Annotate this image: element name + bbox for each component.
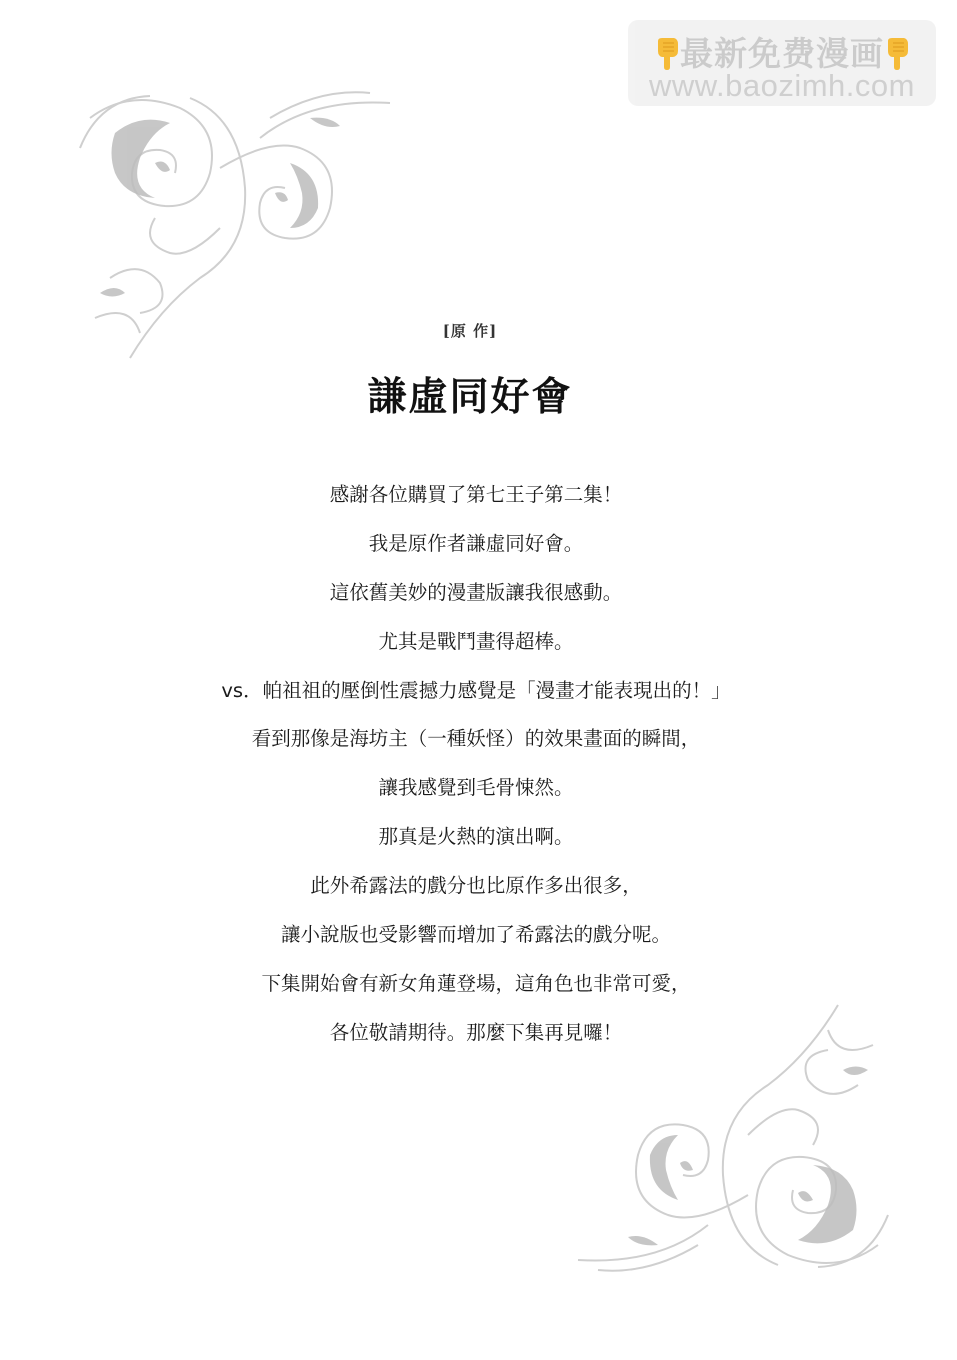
message-line: 這依舊美妙的漫畫版讓我很感動。 — [0, 577, 952, 626]
message-line: 看到那像是海坊主（一種妖怪）的效果畫面的瞬間， — [0, 723, 952, 772]
watermark-badge: 最新免费漫画 www.baozimh.com — [628, 20, 936, 106]
message-line: 讓我感覺到毛骨悚然。 — [0, 772, 952, 821]
original-work-label: [原 作] — [0, 320, 940, 341]
message-line: 讓小說版也受影響而增加了希露法的戲分呢。 — [0, 919, 952, 968]
message-line: 此外希露法的戲分也比原作多出很多， — [0, 870, 952, 919]
message-line: 那真是火熱的演出啊。 — [0, 821, 952, 870]
pointing-down-hand-icon — [884, 37, 910, 71]
message-line: vs．帕祖祖的壓倒性震撼力感覺是「漫畫才能表現出的！」 — [0, 675, 952, 724]
ornamental-scroll-corner-bottom-right — [568, 1000, 898, 1285]
afterword-message: 感謝各位購買了第七王子第二集！ 我是原作者謙虛同好會。 這依舊美妙的漫畫版讓我很… — [0, 479, 952, 1066]
message-line: 我是原作者謙虛同好會。 — [0, 528, 952, 577]
message-line: 尤其是戰鬥畫得超棒。 — [0, 626, 952, 675]
message-line: 感謝各位購買了第七王子第二集！ — [0, 479, 952, 528]
author-name-heading: 謙虛同好會 — [0, 366, 940, 422]
pointing-down-hand-icon — [654, 37, 680, 71]
watermark-url: www.baozimh.com — [628, 68, 936, 104]
